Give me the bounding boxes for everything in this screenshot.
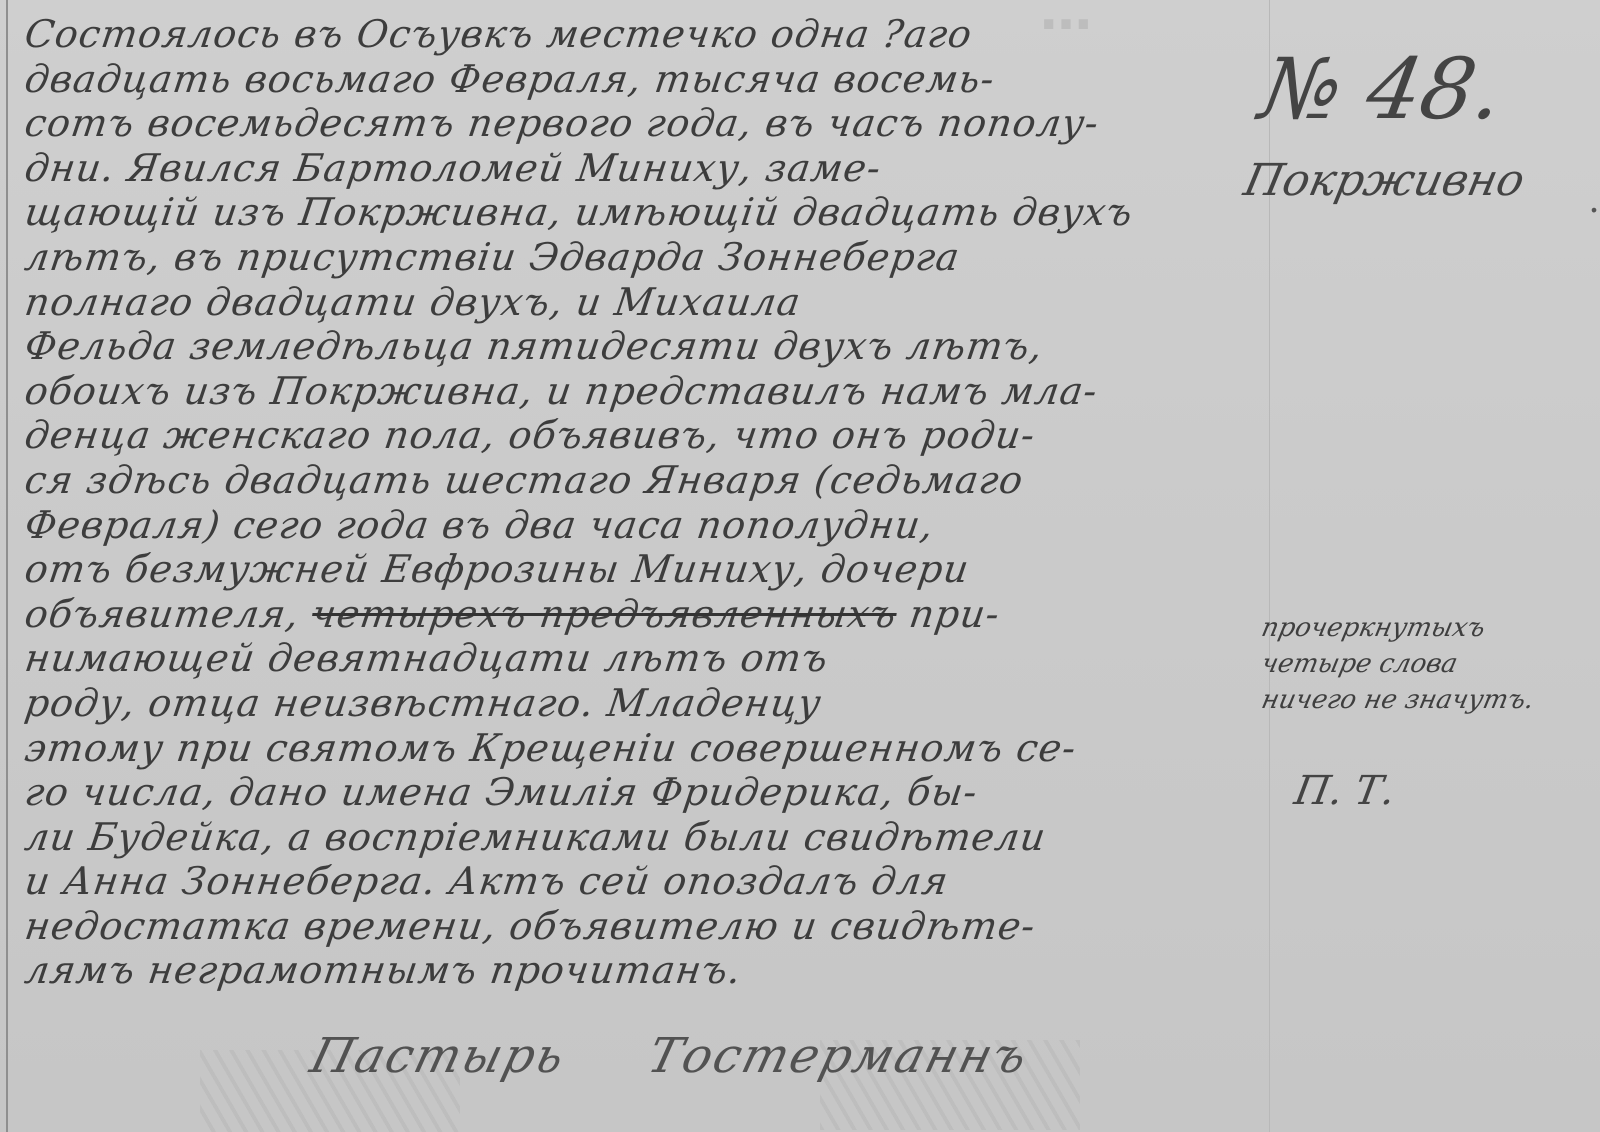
- correction-note-line: четыре слова: [1258, 646, 1596, 682]
- signature-first: Пастырь: [305, 1028, 572, 1084]
- record-line: этому при святомъ Крещеніи совершенномъ …: [22, 726, 1268, 771]
- signature: Пастырь Тостерманнъ: [305, 1028, 1034, 1084]
- act-number: № 48.: [1253, 40, 1510, 138]
- record-line: ся здѣсь двадцать шестаго Января (седьма…: [22, 458, 1268, 503]
- record-line: го числа, дано имена Эмилія Фридерика, б…: [22, 770, 1268, 815]
- struck-words: четырехъ предъявленныхъ: [309, 592, 899, 636]
- record-line: ли Будейка, а воспріемниками были свидѣт…: [22, 815, 1268, 860]
- correction-note: прочеркнутыхъ четыре слова ничего не зна…: [1262, 610, 1592, 718]
- record-line: лямъ неграмотнымъ прочитанъ.: [22, 948, 1268, 993]
- record-line: денца женскаго пола, объявивъ, что онъ р…: [22, 413, 1268, 458]
- correction-note-line: прочеркнутыхъ: [1258, 610, 1596, 646]
- record-line: Февраля) сего года въ два часа пополудни…: [22, 503, 1268, 548]
- record-line: лѣтъ, въ присутствіи Эдварда Зоннеберга: [22, 235, 1268, 280]
- record-line: Состоялось въ Осъувкъ местечко одна ?аго: [22, 12, 1268, 57]
- signature-second: Тостерманнъ: [642, 1028, 1034, 1084]
- record-body: Состоялось въ Осъувкъ местечко одна ?аго…: [22, 12, 1262, 993]
- record-line: щающій изъ Покрживна, имѣющій двадцать д…: [22, 190, 1268, 235]
- correction-note-line: ничего не значутъ.: [1258, 682, 1596, 718]
- record-line: роду, отца неизвѣстнаго. Младенцу: [22, 681, 1268, 726]
- record-line: двадцать восьмаго Февраля, тысяча восемь…: [22, 57, 1268, 102]
- record-line: и Анна Зоннеберга. Актъ сей опоздалъ для: [22, 859, 1268, 904]
- edge-mark: …: [1588, 180, 1600, 221]
- place-name: Покрживно: [1240, 155, 1530, 206]
- record-line: полнаго двадцати двухъ, и Михаила: [22, 280, 1268, 325]
- record-line: обоихъ изъ Покрживна, и представилъ намъ…: [22, 369, 1268, 414]
- record-line: нимающей девятнадцати лѣтъ отъ: [22, 636, 1268, 681]
- record-line-with-strikeout: объявителя, четырехъ предъявленныхъ при-: [22, 592, 1268, 637]
- record-line: отъ безмужней Евфрозины Миниху, дочери: [22, 547, 1268, 592]
- line-prefix: объявителя,: [22, 592, 302, 636]
- record-line: дни. Явился Бартоломей Миниху, заме-: [22, 146, 1268, 191]
- line-suffix: при-: [907, 592, 1003, 636]
- record-line: сотъ восемьдесятъ первого года, въ часъ …: [22, 101, 1268, 146]
- record-line: Фельда земледѣльца пятидесяти двухъ лѣтъ…: [22, 324, 1268, 369]
- record-line: недостатка времени, объявителю и свидѣте…: [22, 904, 1268, 949]
- left-page-rule: [6, 0, 8, 1132]
- initials: П. Т.: [1291, 768, 1399, 814]
- document-page: … Состоялось въ Осъувкъ местечко одна ?а…: [0, 0, 1600, 1132]
